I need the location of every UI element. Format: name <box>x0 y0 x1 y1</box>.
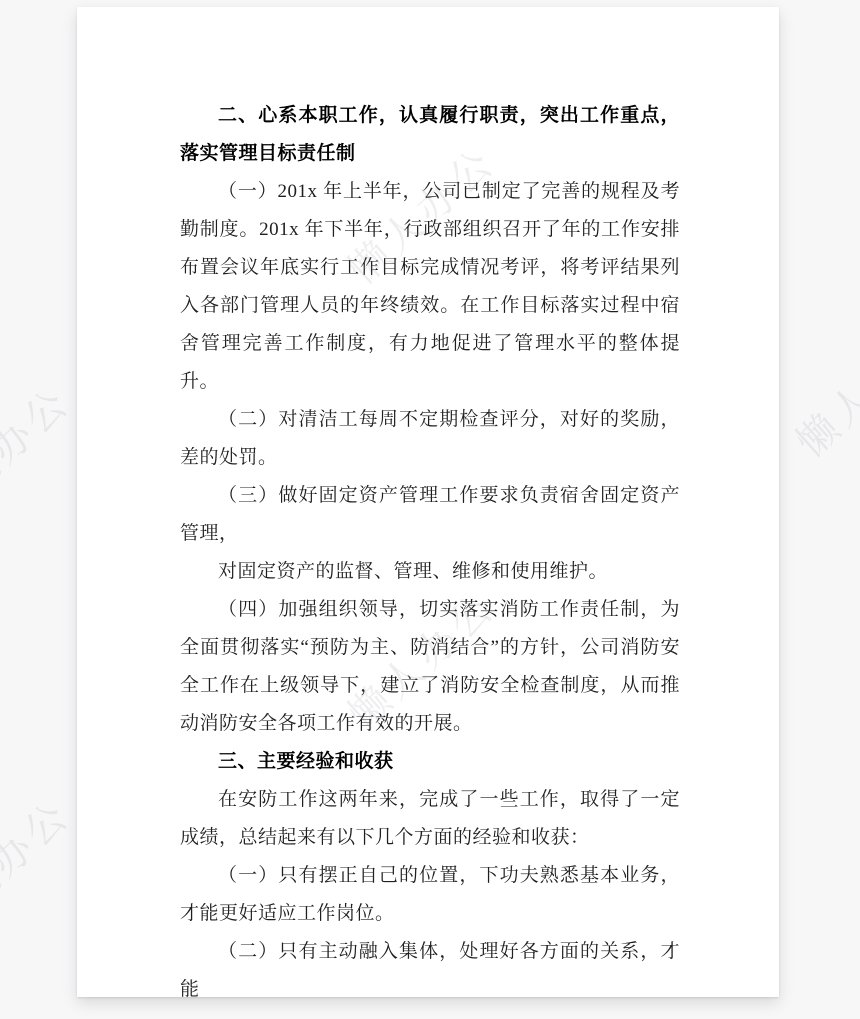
paragraph: （一）只有摆正自己的位置，下功夫熟悉基本业务，才能更好适应工作岗位。 <box>180 857 680 933</box>
paragraph: （四）加强组织领导，切实落实消防工作责任制，为全面贯彻落实“预防为主、防消结合”… <box>180 591 680 743</box>
paragraph: （二）只有主动融入集体，处理好各方面的关系，才能 <box>180 933 680 1009</box>
section-heading: 二、心系本职工作，认真履行职责，突出工作重点，落实管理目标责任制 <box>180 97 680 173</box>
watermark-text: 懒人办公 <box>0 372 81 535</box>
paragraph: （一）201x 年上半年，公司已制定了完善的规程及考勤制度。201x 年下半年，… <box>180 173 680 401</box>
watermark-text: 懒人办公 <box>782 305 860 468</box>
paragraph: 对固定资产的监督、管理、维修和使用维护。 <box>180 553 680 591</box>
section-heading: 三、主要经验和收获 <box>180 743 680 781</box>
document-page: 二、心系本职工作，认真履行职责，突出工作重点，落实管理目标责任制 （一）201x… <box>77 7 779 997</box>
watermark-text: 懒人办公 <box>0 785 81 948</box>
document-body: 二、心系本职工作，认真履行职责，突出工作重点，落实管理目标责任制 （一）201x… <box>180 97 680 1009</box>
document-viewer: 二、心系本职工作，认真履行职责，突出工作重点，落实管理目标责任制 （一）201x… <box>0 0 860 1019</box>
paragraph: 在安防工作这两年来，完成了一些工作，取得了一定成绩，总结起来有以下几个方面的经验… <box>180 781 680 857</box>
paragraph: （三）做好固定资产管理工作要求负责宿舍固定资产管理， <box>180 477 680 553</box>
paragraph: （二）对清洁工每周不定期检查评分，对好的奖励，差的处罚。 <box>180 401 680 477</box>
